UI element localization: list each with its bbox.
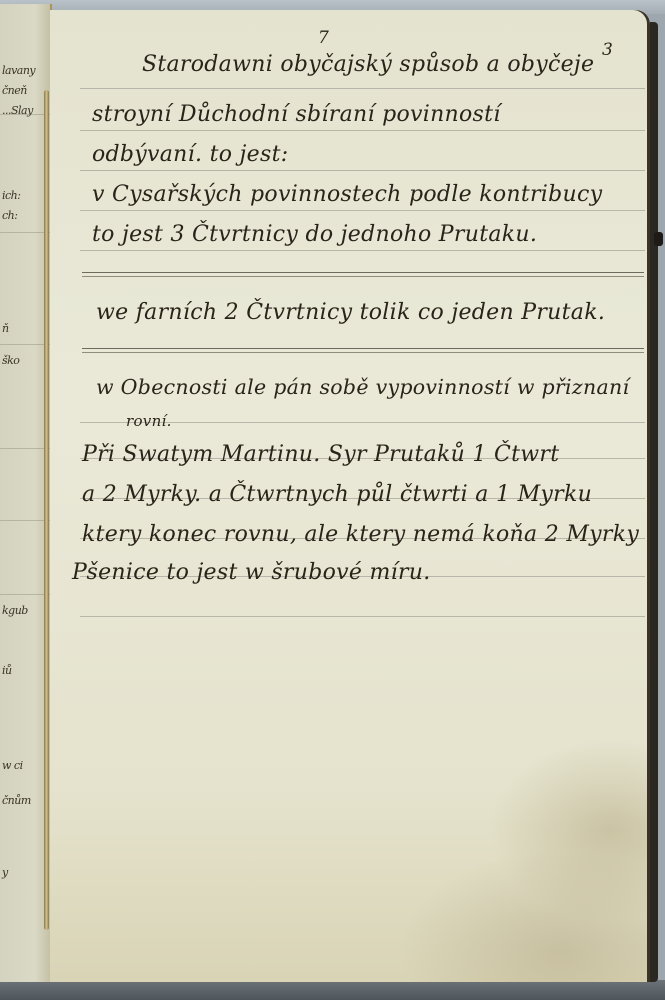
section-divider [82, 348, 644, 353]
ruled-line [0, 344, 50, 345]
left-fragment: iů [2, 664, 12, 677]
folio-mark-center: 7 [318, 28, 329, 48]
manuscript-line: Pšenice to jest w šrubové míru. [72, 560, 431, 585]
left-fragment: kgub [2, 604, 28, 617]
page-number: 3 [602, 40, 613, 60]
ruled-line [80, 616, 645, 617]
bookmark-ribbon [654, 232, 663, 246]
ruled-line [0, 448, 50, 449]
left-fragment: lavany [2, 64, 35, 77]
manuscript-line: Při Swatym Martinu. Syr Prutaků 1 Čtwrt [82, 442, 559, 467]
manuscript-page: 7 3 Starodawni obyčajský spůsob a obyčej… [50, 10, 650, 982]
binding-gutter [44, 90, 49, 930]
ruled-line [0, 520, 50, 521]
manuscript-line: we farních 2 Čtvrtnicy tolik co jeden Pr… [96, 300, 605, 325]
ruled-line [80, 170, 645, 171]
manuscript-line: stroyní Důchodní sbíraní povinností [92, 102, 501, 127]
left-fragment: ich: [2, 189, 20, 202]
manuscript-line: odbývaní. to jest: [92, 142, 288, 167]
manuscript-line: Starodawni obyčajský spůsob a obyčeje [142, 52, 594, 77]
ruled-line [80, 130, 645, 131]
manuscript-line: to jest 3 Čtvrtnicy do jednoho Prutaku. [92, 222, 537, 247]
manuscript-line: ktery konec rovnu, ale ktery nemá koňa 2… [82, 522, 639, 547]
ruled-line [80, 250, 645, 251]
manuscript-line: w Obecnosti ale pán sobě vypovinností w … [96, 375, 629, 399]
ruled-line [0, 594, 50, 595]
left-fragment: čnům [2, 794, 31, 807]
ruled-line [80, 210, 645, 211]
section-divider [82, 272, 644, 277]
background-bottom [0, 980, 665, 1000]
left-fragment: ň [2, 322, 9, 335]
manuscript-line: rovní. [126, 412, 172, 430]
ruled-line [0, 232, 50, 233]
manuscript-line: a 2 Myrky. a Čtwrtnych půl čtwrti a 1 My… [82, 482, 592, 507]
left-fragment: čneň [2, 84, 27, 97]
manuscript-line: v Cysařských povinnostech podle kontribu… [92, 182, 602, 207]
left-fragment: ...Slay [2, 104, 33, 117]
left-fragment: y [2, 866, 8, 879]
book-edge [650, 22, 658, 982]
left-fragment: ško [2, 354, 19, 367]
left-fragment: ch: [2, 209, 17, 222]
ruled-line [80, 88, 645, 89]
left-fragment: w ci [2, 759, 23, 772]
